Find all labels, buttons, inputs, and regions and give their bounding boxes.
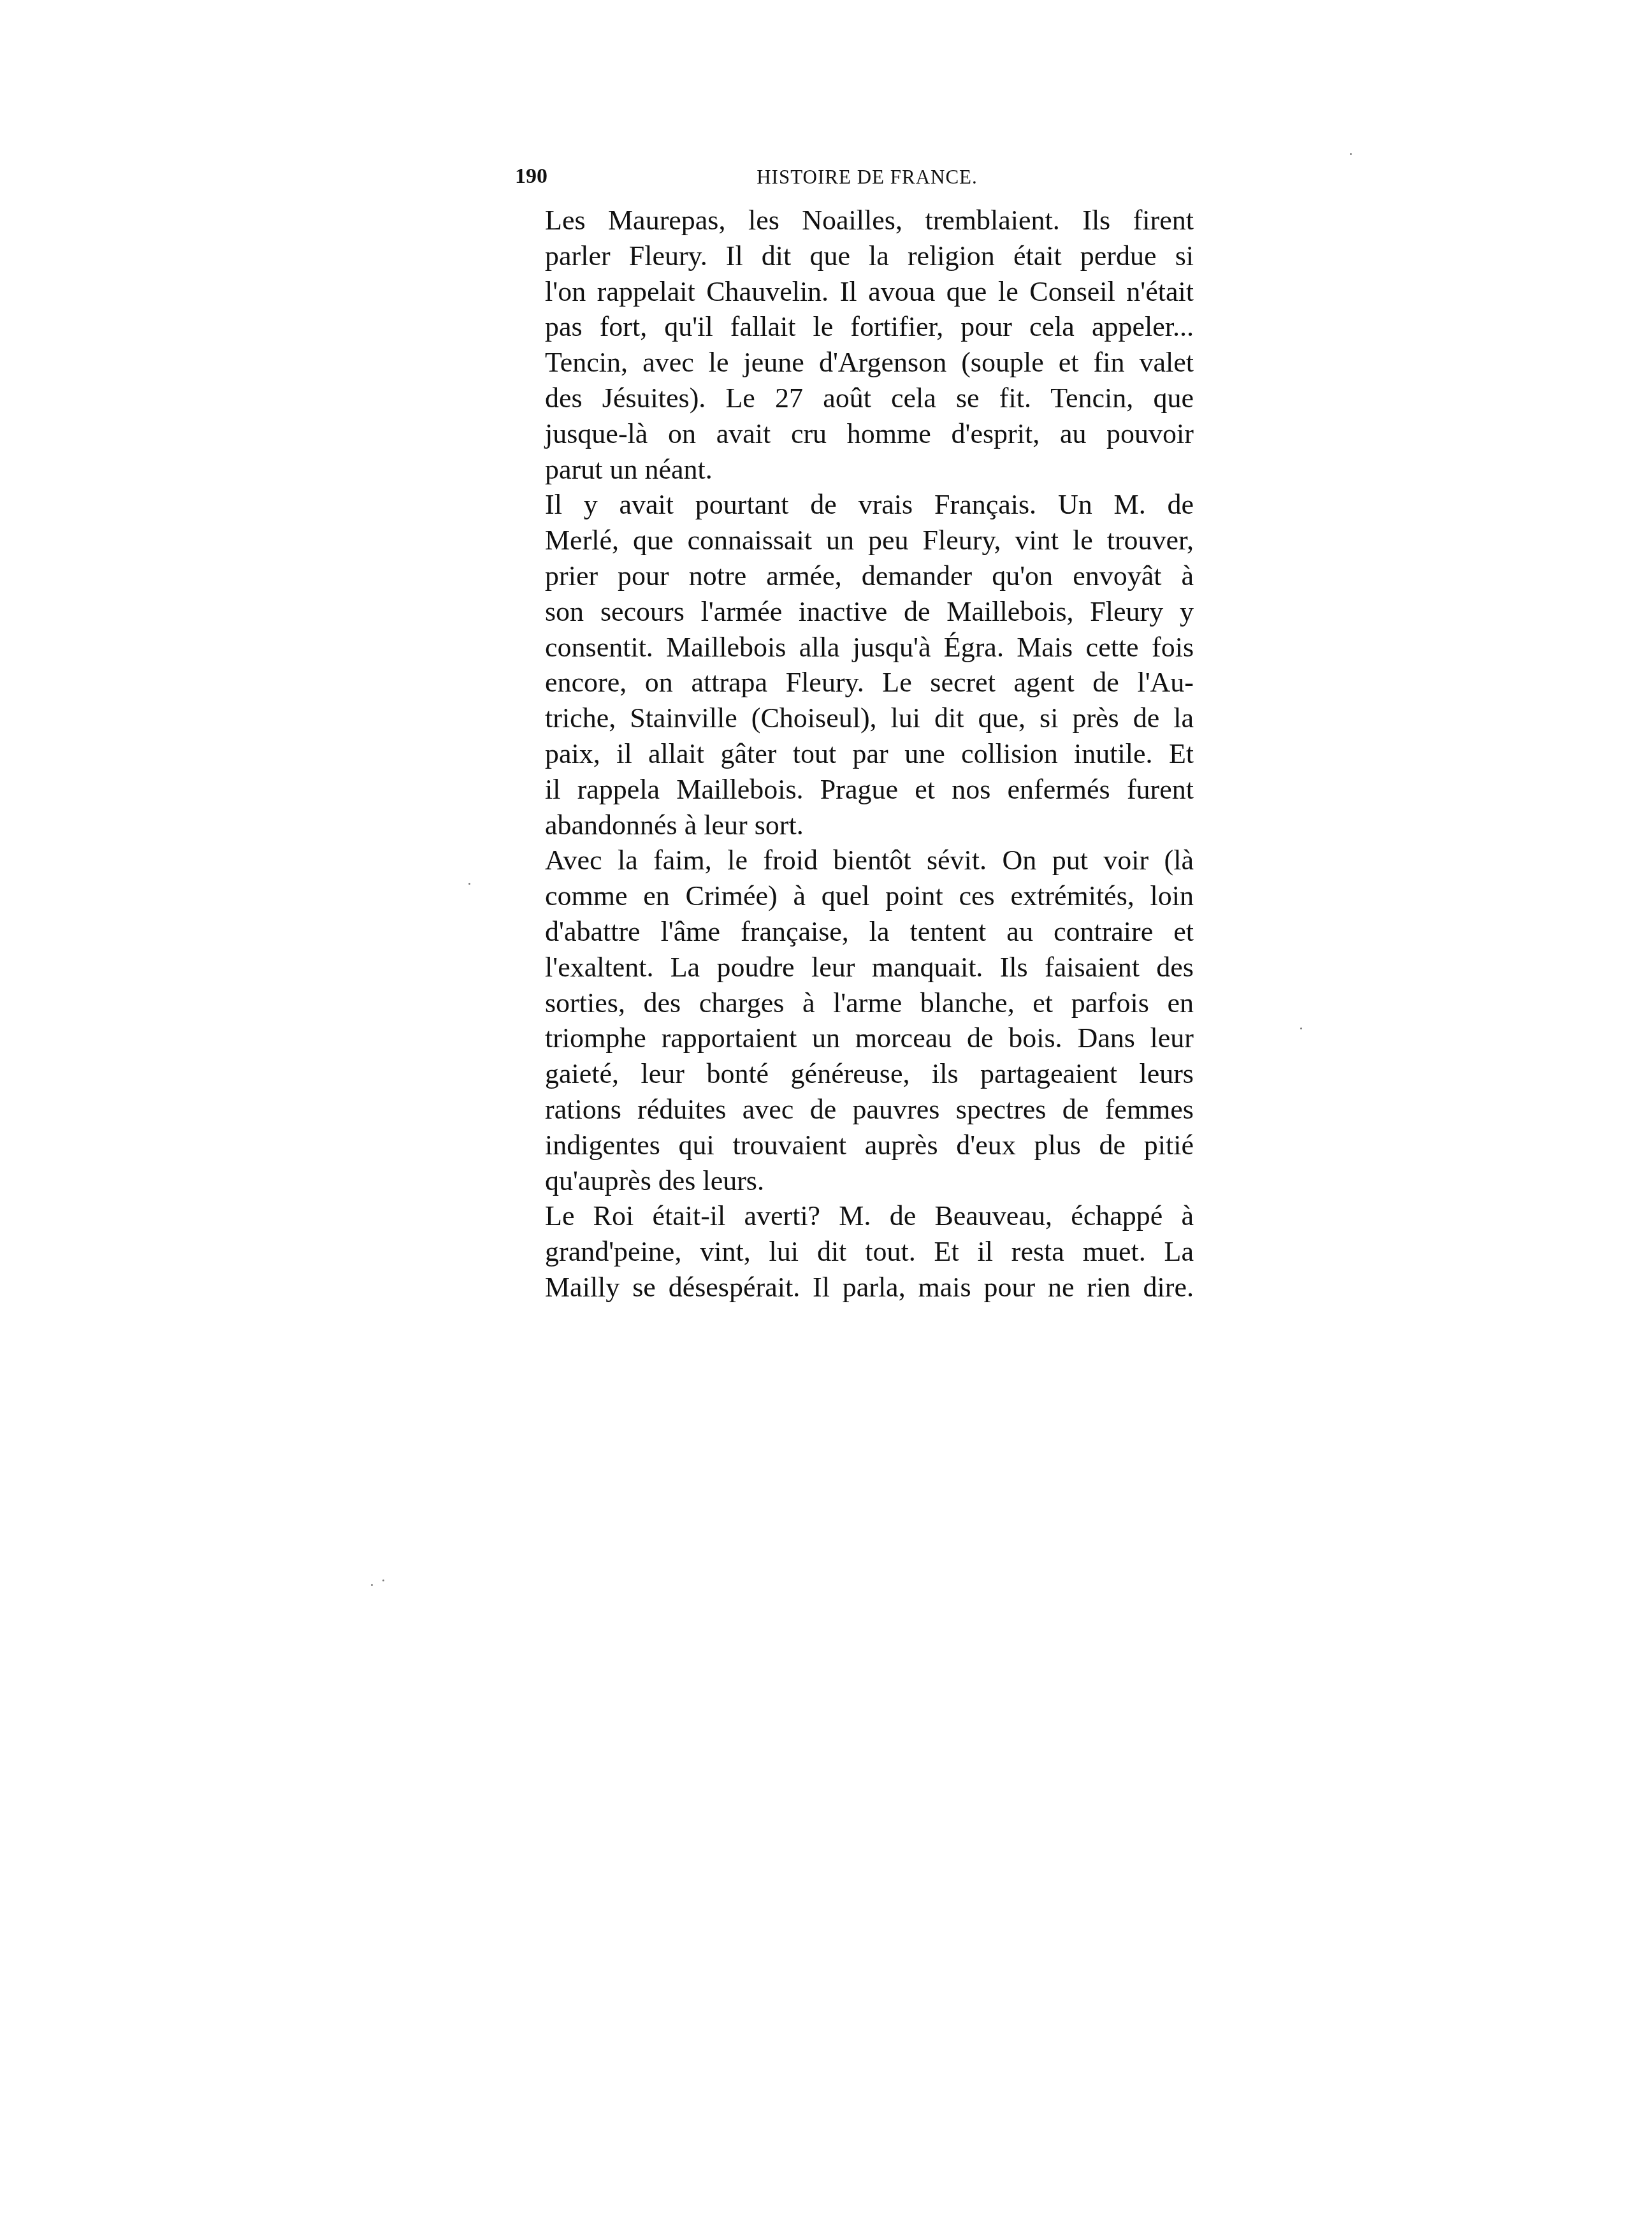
text-line: pas fort, qu'il fallait le fortifier, po… xyxy=(515,309,1194,345)
scan-speck xyxy=(468,883,470,885)
paragraph-3: Avec la faim, le froid bientôt sévit. On… xyxy=(515,843,1194,1198)
scan-speck xyxy=(382,1579,384,1581)
text-line: des Jésuites). Le 27 août cela se fit. T… xyxy=(515,381,1194,416)
text-line: l'on rappelait Chauvelin. Il avoua que l… xyxy=(515,274,1194,310)
text-line: triomphe rapportaient un morceau de bois… xyxy=(515,1020,1194,1056)
text-line: Merlé, que connaissait un peu Fleury, vi… xyxy=(515,523,1194,558)
paragraph-4: Le Roi était-il averti? M. de Beauveau, … xyxy=(515,1198,1194,1305)
text-line: parut un néant. xyxy=(515,452,1194,488)
scan-speck xyxy=(371,1584,373,1586)
paragraph-1: Les Maurepas, les Noailles, tremblaient.… xyxy=(515,203,1194,487)
text-line: consentit. Maillebois alla jusqu'à Égra.… xyxy=(515,630,1194,665)
text-line: Tencin, avec le jeune d'Argenson (souple… xyxy=(515,345,1194,381)
text-line: l'exaltent. La poudre leur manquait. Ils… xyxy=(515,950,1194,985)
paragraph-2: Il y avait pourtant de vrais Français. U… xyxy=(515,487,1194,843)
text-line: sorties, des charges à l'arme blanche, e… xyxy=(515,985,1194,1021)
text-line: encore, on attrapa Fleury. Le secret age… xyxy=(515,665,1194,701)
text-line: son secours l'armée inactive de Maillebo… xyxy=(515,594,1194,630)
scan-speck xyxy=(1350,153,1352,155)
text-line: Il y avait pourtant de vrais Français. U… xyxy=(515,487,1194,523)
text-line: Le Roi était-il averti? M. de Beauveau, … xyxy=(515,1198,1194,1234)
scan-speck xyxy=(1300,1027,1302,1029)
text-line: Avec la faim, le froid bientôt sévit. On… xyxy=(515,843,1194,878)
text-line: paix, il allait gâter tout par une colli… xyxy=(515,736,1194,772)
text-line: comme en Crimée) à quel point ces extrém… xyxy=(515,878,1194,914)
text-line: triche, Stainville (Choiseul), lui dit q… xyxy=(515,701,1194,736)
text-line: rations réduites avec de pauvres spectre… xyxy=(515,1092,1194,1128)
text-line: il rappela Maillebois. Prague et nos enf… xyxy=(515,772,1194,808)
running-title: HISTOIRE DE FRANCE. xyxy=(515,166,1194,189)
body-text: Les Maurepas, les Noailles, tremblaient.… xyxy=(515,203,1194,1305)
text-line: Mailly se désespérait. Il parla, mais po… xyxy=(515,1270,1194,1305)
running-header: 190 HISTOIRE DE FRANCE. xyxy=(515,164,1194,190)
text-line: qu'auprès des leurs. xyxy=(515,1163,1194,1199)
text-line: abandonnés à leur sort. xyxy=(515,808,1194,843)
text-line: parler Fleury. Il dit que la religion ét… xyxy=(515,238,1194,274)
text-line: Les Maurepas, les Noailles, tremblaient.… xyxy=(515,203,1194,238)
text-line: d'abattre l'âme française, la tentent au… xyxy=(515,914,1194,950)
scanned-book-page: 190 HISTOIRE DE FRANCE. Les Maurepas, le… xyxy=(0,0,1652,2236)
text-line: jusque-là on avait cru homme d'esprit, a… xyxy=(515,416,1194,452)
text-line: indigentes qui trouvaient auprès d'eux p… xyxy=(515,1128,1194,1163)
text-line: prier pour notre armée, demander qu'on e… xyxy=(515,558,1194,594)
text-line: grand'peine, vint, lui dit tout. Et il r… xyxy=(515,1234,1194,1270)
text-line: gaieté, leur bonté généreuse, ils partag… xyxy=(515,1056,1194,1092)
